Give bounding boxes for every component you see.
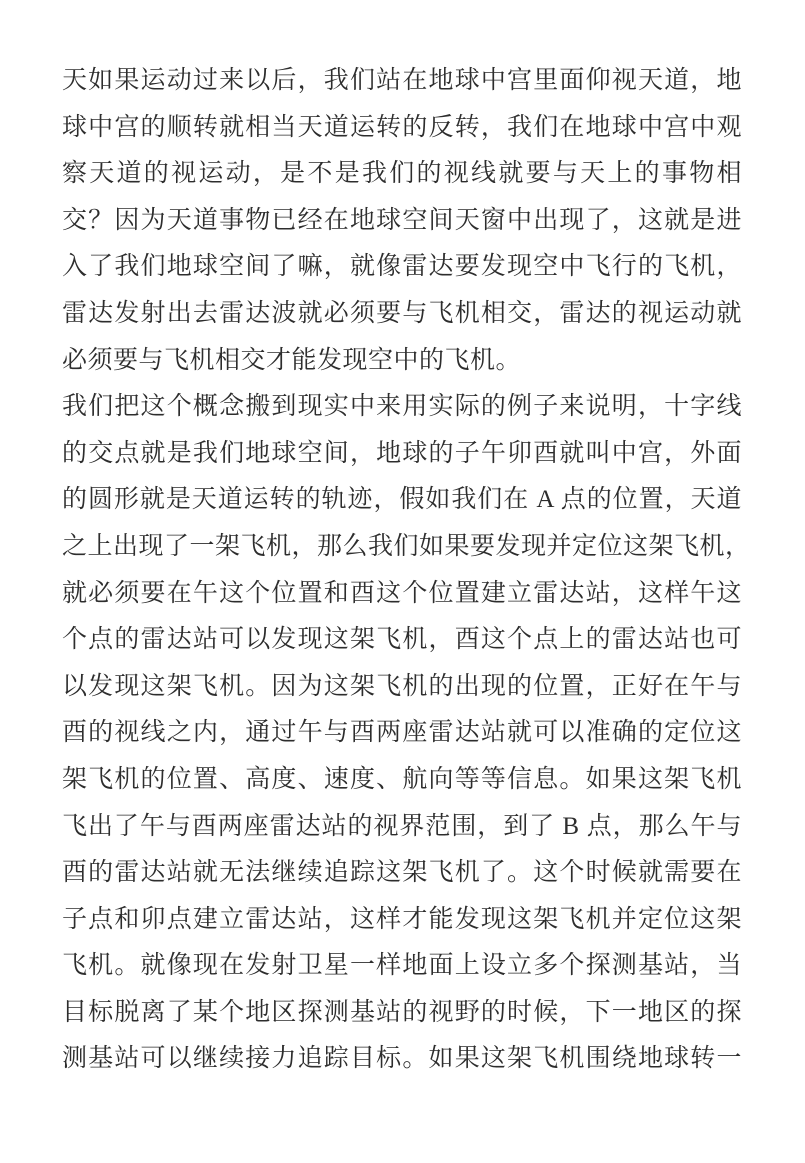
text-line: 飞机。就像现在发射卫星一样地面上设立多个探测基站，当 [62, 943, 742, 990]
paragraph-1: 天如果运动过来以后，我们站在地球中宫里面仰视天道，地 球中宫的顺转就相当天道运转… [62, 58, 742, 384]
text-line: 酉的视线之内，通过午与酉两座雷达站就可以准确的定位这 [62, 710, 742, 757]
text-line: 个点的雷达站可以发现这架飞机，酉这个点上的雷达站也可 [62, 617, 742, 664]
text-line: 的交点就是我们地球空间，地球的子午卯酉就叫中宫，外面 [62, 431, 742, 478]
text-line: 架飞机的位置、高度、速度、航向等等信息。如果这架飞机 [62, 757, 742, 804]
paragraph-2: 我们把这个概念搬到现实中来用实际的例子来说明，十字线 的交点就是我们地球空间，地… [62, 384, 742, 1083]
text-line: 雷达发射出去雷达波就必须要与飞机相交，雷达的视运动就 [62, 291, 742, 338]
document-page: 天如果运动过来以后，我们站在地球中宫里面仰视天道，地 球中宫的顺转就相当天道运转… [0, 0, 805, 1163]
page-text: 天如果运动过来以后，我们站在地球中宫里面仰视天道，地 球中宫的顺转就相当天道运转… [62, 58, 742, 1083]
text-line: 天如果运动过来以后，我们站在地球中宫里面仰视天道，地 [62, 58, 742, 105]
text-line: 酉的雷达站就无法继续追踪这架飞机了。这个时候就需要在 [62, 850, 742, 897]
text-line: 球中宫的顺转就相当天道运转的反转，我们在地球中宫中观 [62, 105, 742, 152]
text-line: 察天道的视运动，是不是我们的视线就要与天上的事物相 [62, 151, 742, 198]
text-line: 入了我们地球空间了嘛，就像雷达要发现空中飞行的飞机， [62, 244, 742, 291]
text-line: 的圆形就是天道运转的轨迹，假如我们在 A 点的位置，天道 [62, 477, 742, 524]
text-line: 就必须要在午这个位置和酉这个位置建立雷达站，这样午这 [62, 571, 742, 618]
text-line: 交？因为天道事物已经在地球空间天窗中出现了，这就是进 [62, 198, 742, 245]
text-line: 目标脱离了某个地区探测基站的视野的时候，下一地区的探 [62, 990, 742, 1037]
text-line: 我们把这个概念搬到现实中来用实际的例子来说明，十字线 [62, 384, 742, 431]
text-line: 以发现这架飞机。因为这架飞机的出现的位置，正好在午与 [62, 664, 742, 711]
text-line: 飞出了午与酉两座雷达站的视界范围，到了 B 点，那么午与 [62, 804, 742, 851]
text-line: 测基站可以继续接力追踪目标。如果这架飞机围绕地球转一 [62, 1036, 742, 1083]
text-line: 子点和卯点建立雷达站，这样才能发现这架飞机并定位这架 [62, 897, 742, 944]
text-line: 之上出现了一架飞机，那么我们如果要发现并定位这架飞机， [62, 524, 742, 571]
text-line: 必须要与飞机相交才能发现空中的飞机。 [62, 338, 742, 385]
